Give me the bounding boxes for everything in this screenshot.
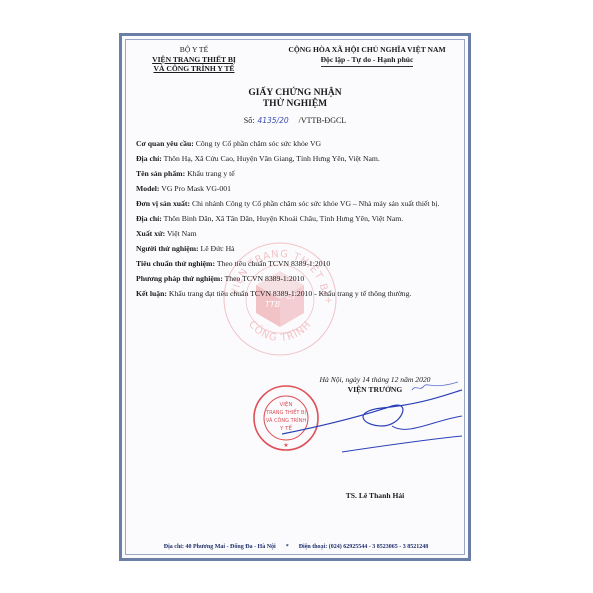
field-row: Đơn vị sản xuất: Chi nhánh Công ty Cổ ph… [136,199,456,209]
field-label: Tên sản phẩm: [136,169,185,178]
document-footer: Địa chỉ: 40 Phương Mai - Đống Đa - Hà Nộ… [134,544,458,550]
number-label: Số: [244,116,255,125]
field-row: Kết luận: Khẩu trang đạt tiêu chuẩn TCVN… [136,289,456,299]
handwritten-number: 4135/20 [257,116,288,125]
field-label: Đơn vị sản xuất: [136,199,190,208]
number-suffix: /VTTB-ĐGCL [299,116,347,125]
field-value: Thôn Bình Dân, Xã Tân Dân, Huyện Khoái C… [164,214,404,223]
field-value: Theo tiêu chuẩn TCVN 8389-1:2010 [217,259,330,268]
field-value: Lê Đức Hà [201,244,235,253]
field-value: Việt Nam [167,229,197,238]
field-label: Model: [136,184,159,193]
footer-address: Địa chỉ: 40 Phương Mai - Đống Đa - Hà Nộ… [164,544,276,550]
field-label: Kết luận: [136,289,167,298]
national-motto: Độc lập - Tự do - Hạnh phúc [321,55,414,67]
field-value: Khẩu trang đạt tiêu chuẩn TCVN 8389-1:20… [169,289,412,298]
field-row: Tên sản phẩm: Khẩu trang y tế [136,169,456,179]
title-line1: GIẤY CHỨNG NHẬN [122,88,468,99]
certificate-number: Số: 4135/20 /VTTB-ĐGCL [122,116,468,125]
issuer-block: BỘ Y TẾ VIỆN TRANG THIẾT BỊ VÀ CÔNG TRÌN… [134,45,254,74]
country-name: CỘNG HÒA XÃ HỘI CHỦ NGHĨA VIỆT NAM [264,45,470,55]
field-row: Phương pháp thử nghiệm: Theo TCVN 8389-1… [136,274,456,284]
institute-name-line1: VIỆN TRANG THIẾT BỊ [134,55,254,65]
ministry-name: BỘ Y TẾ [134,45,254,55]
field-row: Cơ quan yêu cầu: Công ty Cổ phần chăm só… [136,139,456,149]
field-row: Địa chỉ: Thôn Hạ, Xã Cửu Cao, Huyện Văn … [136,154,456,164]
field-label: Xuất xứ: [136,229,165,238]
field-value: Theo TCVN 8389-1:2010 [225,274,305,283]
field-value: Khẩu trang y tế [187,169,235,178]
field-row: Người thử nghiệm: Lê Đức Hà [136,244,456,254]
field-row: Tiêu chuẩn thử nghiệm: Theo tiêu chuẩn T… [136,259,456,269]
national-heading: CỘNG HÒA XÃ HỘI CHỦ NGHĨA VIỆT NAM Độc l… [264,45,470,67]
footer-separator: * [286,544,289,550]
signer-name: TS. Lê Thanh Hải [290,491,460,500]
field-value: Thôn Hạ, Xã Cửu Cao, Huyện Văn Giang, Tỉ… [164,154,380,163]
certificate-body: Cơ quan yêu cầu: Công ty Cổ phần chăm só… [136,139,456,304]
field-label: Phương pháp thử nghiệm: [136,274,223,283]
field-row: Địa chỉ: Thôn Bình Dân, Xã Tân Dân, Huyệ… [136,214,456,224]
field-label: Địa chỉ: [136,214,162,223]
field-label: Địa chỉ: [136,154,162,163]
document-header: BỘ Y TẾ VIỆN TRANG THIẾT BỊ VÀ CÔNG TRÌN… [122,45,468,85]
field-value: VG Pro Mask VG-001 [161,184,231,193]
institute-name-line2: VÀ CÔNG TRÌNH Y TẾ [134,64,254,74]
title-line2: THỬ NGHIỆM [122,99,468,110]
field-label: Tiêu chuẩn thử nghiệm: [136,259,215,268]
field-value: Công ty Cổ phần chăm sóc sức khỏe VG [196,139,321,148]
field-row: Xuất xứ: Việt Nam [136,229,456,239]
field-value: Chi nhánh Công ty Cổ phần chăm sóc sức k… [192,199,439,208]
field-label: Người thử nghiệm: [136,244,199,253]
field-row: Model: VG Pro Mask VG-001 [136,184,456,194]
certificate-document: BỘ Y TẾ VIỆN TRANG THIẾT BỊ VÀ CÔNG TRÌN… [119,33,471,561]
footer-phone: Điện thoại: (024) 62925544 - 3 8523065 -… [299,544,429,550]
certificate-title: GIẤY CHỨNG NHẬN THỬ NGHIỆM [122,88,468,110]
field-label: Cơ quan yêu cầu: [136,139,194,148]
signer-title: VIỆN TRƯỞNG [290,385,460,394]
signature-block: Hà Nội, ngày 14 tháng 12 năm 2020 VIỆN T… [290,375,460,394]
issue-date: Hà Nội, ngày 14 tháng 12 năm 2020 [290,375,460,384]
